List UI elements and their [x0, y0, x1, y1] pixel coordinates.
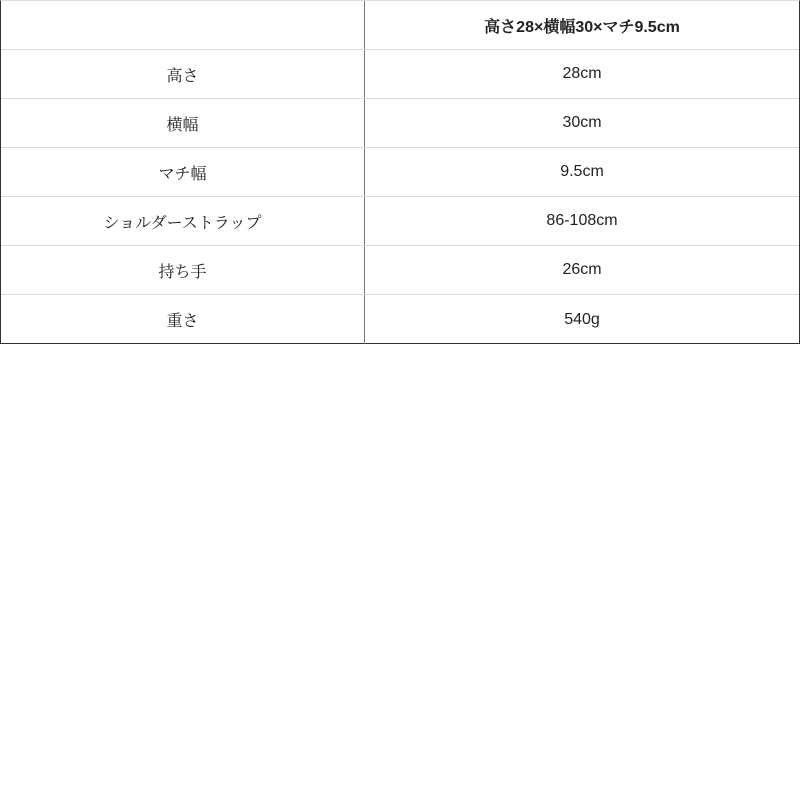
row-label: ショルダーストラップ [1, 197, 365, 245]
row-label: 重さ [1, 295, 365, 344]
row-label: 持ち手 [1, 246, 365, 294]
table-row: ショルダーストラップ 86-108cm [1, 197, 799, 246]
row-label: 高さ [1, 50, 365, 98]
header-value-cell: 高さ28×横幅30×マチ9.5cm [365, 1, 799, 49]
table-row: 持ち手 26cm [1, 246, 799, 295]
size-spec-table: 高さ28×横幅30×マチ9.5cm 高さ 28cm 横幅 30cm マチ幅 9.… [0, 0, 800, 344]
row-value: 540g [365, 295, 799, 344]
table-row: 横幅 30cm [1, 99, 799, 148]
row-value: 9.5cm [365, 148, 799, 196]
row-value: 26cm [365, 246, 799, 294]
table-row: マチ幅 9.5cm [1, 148, 799, 197]
row-value: 30cm [365, 99, 799, 147]
row-value: 86-108cm [365, 197, 799, 245]
row-label: マチ幅 [1, 148, 365, 196]
row-label: 横幅 [1, 99, 365, 147]
table-row: 高さ 28cm [1, 50, 799, 99]
table-header-row: 高さ28×横幅30×マチ9.5cm [1, 1, 799, 50]
row-value: 28cm [365, 50, 799, 98]
table-row: 重さ 540g [1, 295, 799, 344]
header-label-cell [1, 1, 365, 49]
